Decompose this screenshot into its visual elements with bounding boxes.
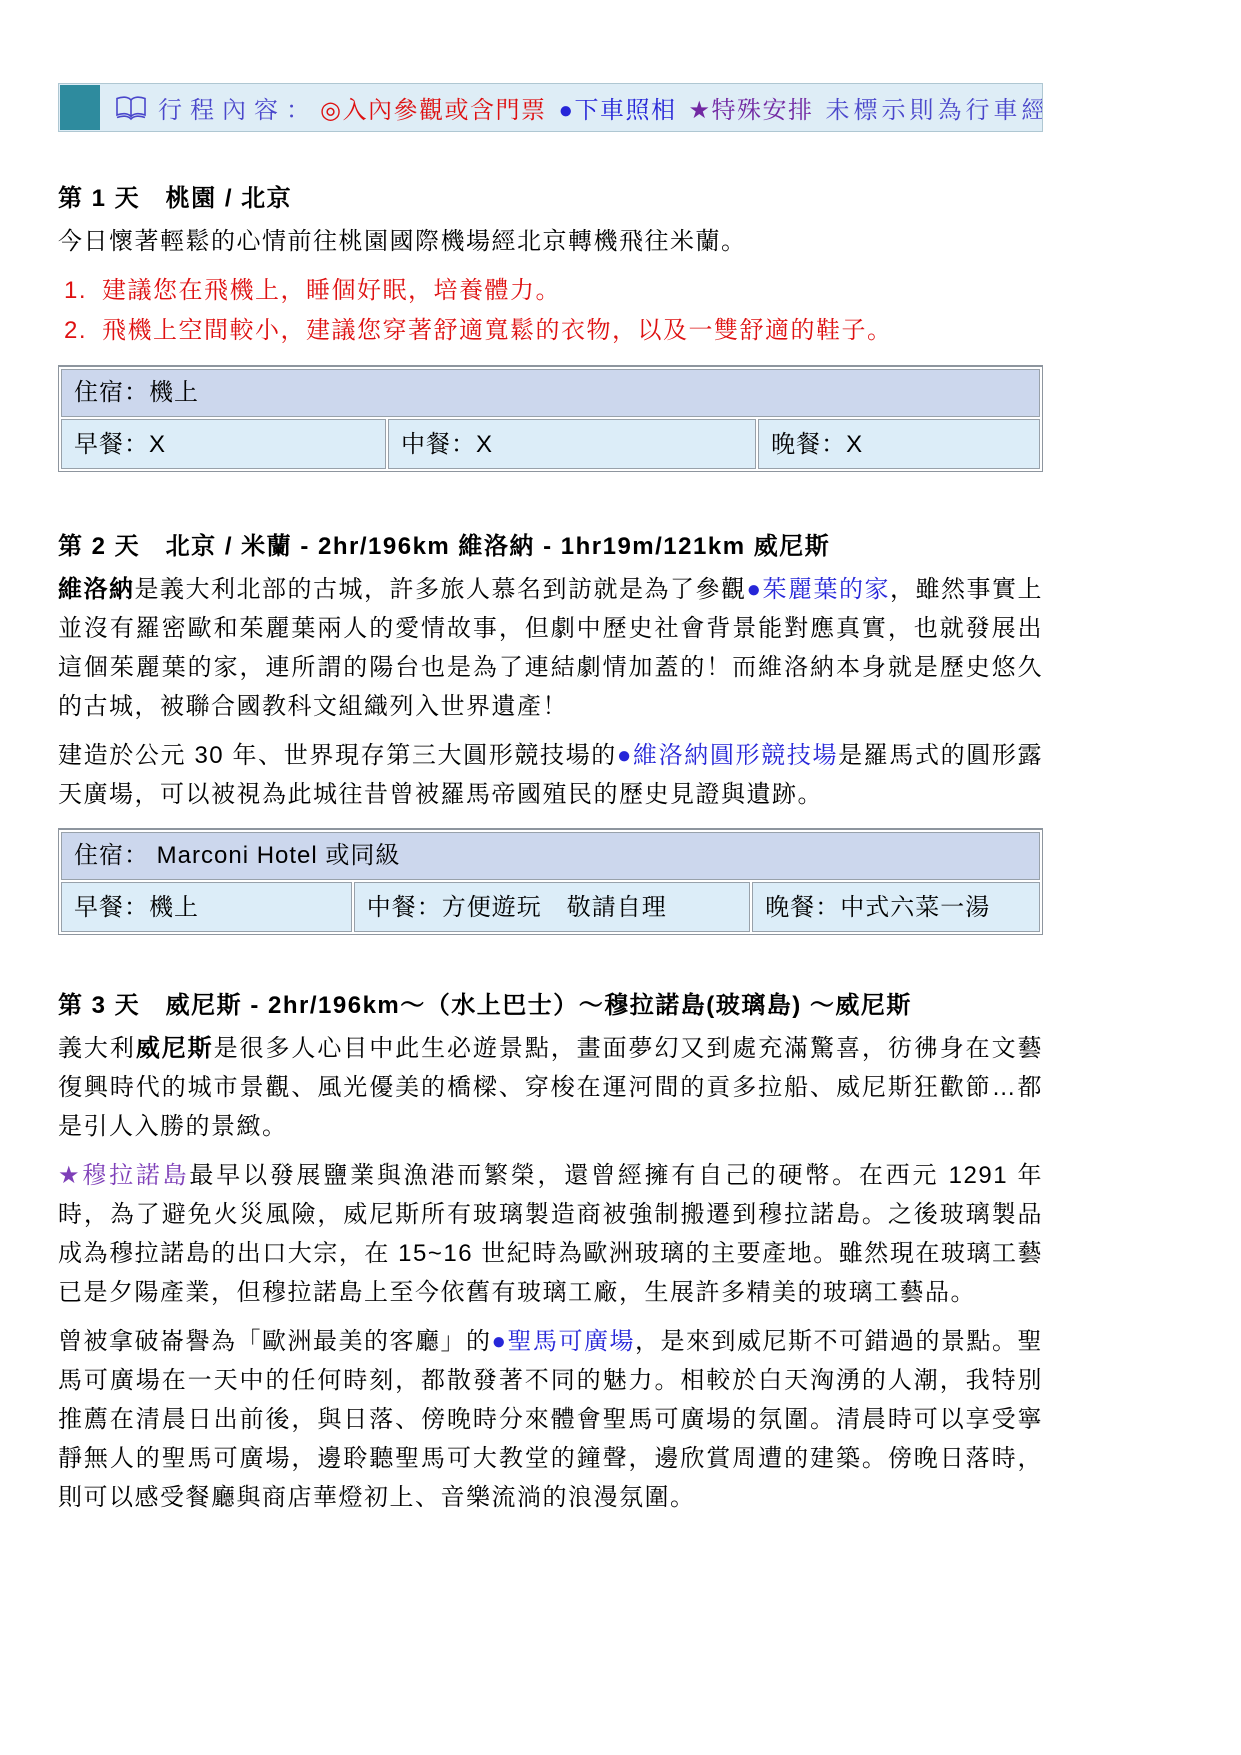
- day-2-title: 第 2 天 北京 / 米蘭 - 2hr/196km 維洛納 - 1hr19m/1…: [58, 532, 1043, 562]
- note-text: 建議您在飛機上，睡個好眠，培養體力。: [102, 271, 1043, 311]
- day-3-section: 第 3 天 威尼斯 - 2hr/196km～（水上巴士）～穆拉諾島(玻璃島) ～…: [58, 991, 1043, 1517]
- day-2-paragraph-1: 維洛納是義大利北部的古城，許多旅人慕名到訪就是為了參觀●茱麗葉的家，雖然事實上並…: [58, 570, 1043, 726]
- paragraph-text: 是義大利北部的古城，許多旅人慕名到訪就是為了參觀: [135, 576, 747, 603]
- attraction-juliets-house: ●茱麗葉的家: [747, 576, 891, 603]
- note-number: 2.: [58, 311, 102, 351]
- dinner-cell: 晚餐：中式六菜一湯: [752, 882, 1040, 932]
- paragraph-text: 最早以發展鹽業與漁港而繁榮，還曾經擁有自己的硬幣。在西元 1291 年時，為了避…: [58, 1162, 1043, 1306]
- day-1-notes: 1. 建議您在飛機上，睡個好眠，培養體力。 2. 飛機上空間較小，建議您穿著舒適…: [58, 271, 1043, 351]
- lodging-row: 住宿： Marconi Hotel 或同級: [61, 832, 1040, 880]
- note-item: 2. 飛機上空間較小，建議您穿著舒適寬鬆的衣物，以及一雙舒適的鞋子。: [58, 311, 1043, 351]
- day-2-paragraph-2: 建造於公元 30 年、世界現存第三大圓形競技場的●維洛納圓形競技場是羅馬式的圓形…: [58, 736, 1043, 814]
- open-book-icon: [114, 94, 148, 122]
- attraction-st-marks-square: ●聖馬可廣場: [492, 1328, 636, 1355]
- breakfast-cell: 早餐：機上: [61, 882, 352, 932]
- day-1-section: 第 1 天 桃園 / 北京 今日懷著輕鬆的心情前往桃園國際機場經北京轉機飛往米蘭…: [58, 184, 1043, 472]
- day-1-meal-table: 住宿：機上 早餐：X 中餐：X 晚餐：X: [58, 365, 1043, 472]
- paragraph-text: ，是來到威尼斯不可錯過的景點。聖馬可廣場在一天中的任何時刻，都散發著不同的魅力。…: [58, 1328, 1043, 1511]
- day-2-section: 第 2 天 北京 / 米蘭 - 2hr/196km 維洛納 - 1hr19m/1…: [58, 532, 1043, 935]
- legend-bar: 行程內容： ◎入內參觀或含門票 ●下車照相 ★特殊安排 未標示則為行車經過: [58, 83, 1043, 132]
- legend-item-enter-visit: ◎入內參觀或含門票: [320, 90, 546, 125]
- meals-row: 早餐：機上 中餐：方便遊玩 敬請自理 晚餐：中式六菜一湯: [61, 882, 1040, 932]
- legend-label: 行程內容：: [158, 90, 318, 125]
- day-3-paragraph-2: ★穆拉諾島最早以發展鹽業與漁港而繁榮，還曾經擁有自己的硬幣。在西元 1291 年…: [58, 1156, 1043, 1312]
- teal-accent-block: [60, 85, 100, 130]
- day-1-title: 第 1 天 桃園 / 北京: [58, 184, 1043, 214]
- legend-item-pass-by: 未標示則為行車經過: [825, 90, 1043, 125]
- dinner-cell: 晚餐：X: [758, 419, 1040, 469]
- day-3-title: 第 3 天 威尼斯 - 2hr/196km～（水上巴士）～穆拉諾島(玻璃島) ～…: [58, 991, 1043, 1021]
- note-number: 1.: [58, 271, 102, 311]
- note-item: 1. 建議您在飛機上，睡個好眠，培養體力。: [58, 271, 1043, 311]
- lunch-cell: 中餐：方便遊玩 敬請自理: [354, 882, 750, 932]
- breakfast-cell: 早餐：X: [61, 419, 386, 469]
- legend-item-special-arrangement: ★特殊安排: [688, 90, 813, 125]
- city-name-venice: 威尼斯: [136, 1035, 214, 1062]
- attraction-verona-arena: ●維洛納圓形競技場: [617, 742, 838, 769]
- day-2-meal-table: 住宿： Marconi Hotel 或同級 早餐：機上 中餐：方便遊玩 敬請自理…: [58, 828, 1043, 935]
- city-name-verona: 維洛納: [58, 576, 135, 603]
- day-3-paragraph-3: 曾被拿破崙譽為「歐洲最美的客廳」的●聖馬可廣場，是來到威尼斯不可錯過的景點。聖馬…: [58, 1322, 1043, 1517]
- attraction-murano-island: ★穆拉諾島: [58, 1162, 189, 1189]
- lodging-row: 住宿：機上: [61, 369, 1040, 417]
- page-content: 行程內容： ◎入內參觀或含門票 ●下車照相 ★特殊安排 未標示則為行車經過 第 …: [58, 83, 1043, 1527]
- meals-row: 早餐：X 中餐：X 晚餐：X: [61, 419, 1040, 469]
- itinerary-page: 行程內容： ◎入內參觀或含門票 ●下車照相 ★特殊安排 未標示則為行車經過 第 …: [0, 0, 1241, 1755]
- paragraph-text: 曾被拿破崙譽為「歐洲最美的客廳」的: [58, 1328, 492, 1355]
- day-3-paragraph-1: 義大利威尼斯是很多人心目中此生必遊景點，畫面夢幻又到處充滿驚喜，彷彿身在文藝復興…: [58, 1029, 1043, 1146]
- lunch-cell: 中餐：X: [388, 419, 756, 469]
- paragraph-text: 建造於公元 30 年、世界現存第三大圓形競技場的: [58, 742, 617, 769]
- note-text: 飛機上空間較小，建議您穿著舒適寬鬆的衣物，以及一雙舒適的鞋子。: [102, 311, 1043, 351]
- paragraph-text: 義大利: [58, 1035, 136, 1062]
- day-1-paragraph: 今日懷著輕鬆的心情前往桃園國際機場經北京轉機飛往米蘭。: [58, 222, 1043, 261]
- legend-item-photo-stop: ●下車照相: [558, 90, 676, 125]
